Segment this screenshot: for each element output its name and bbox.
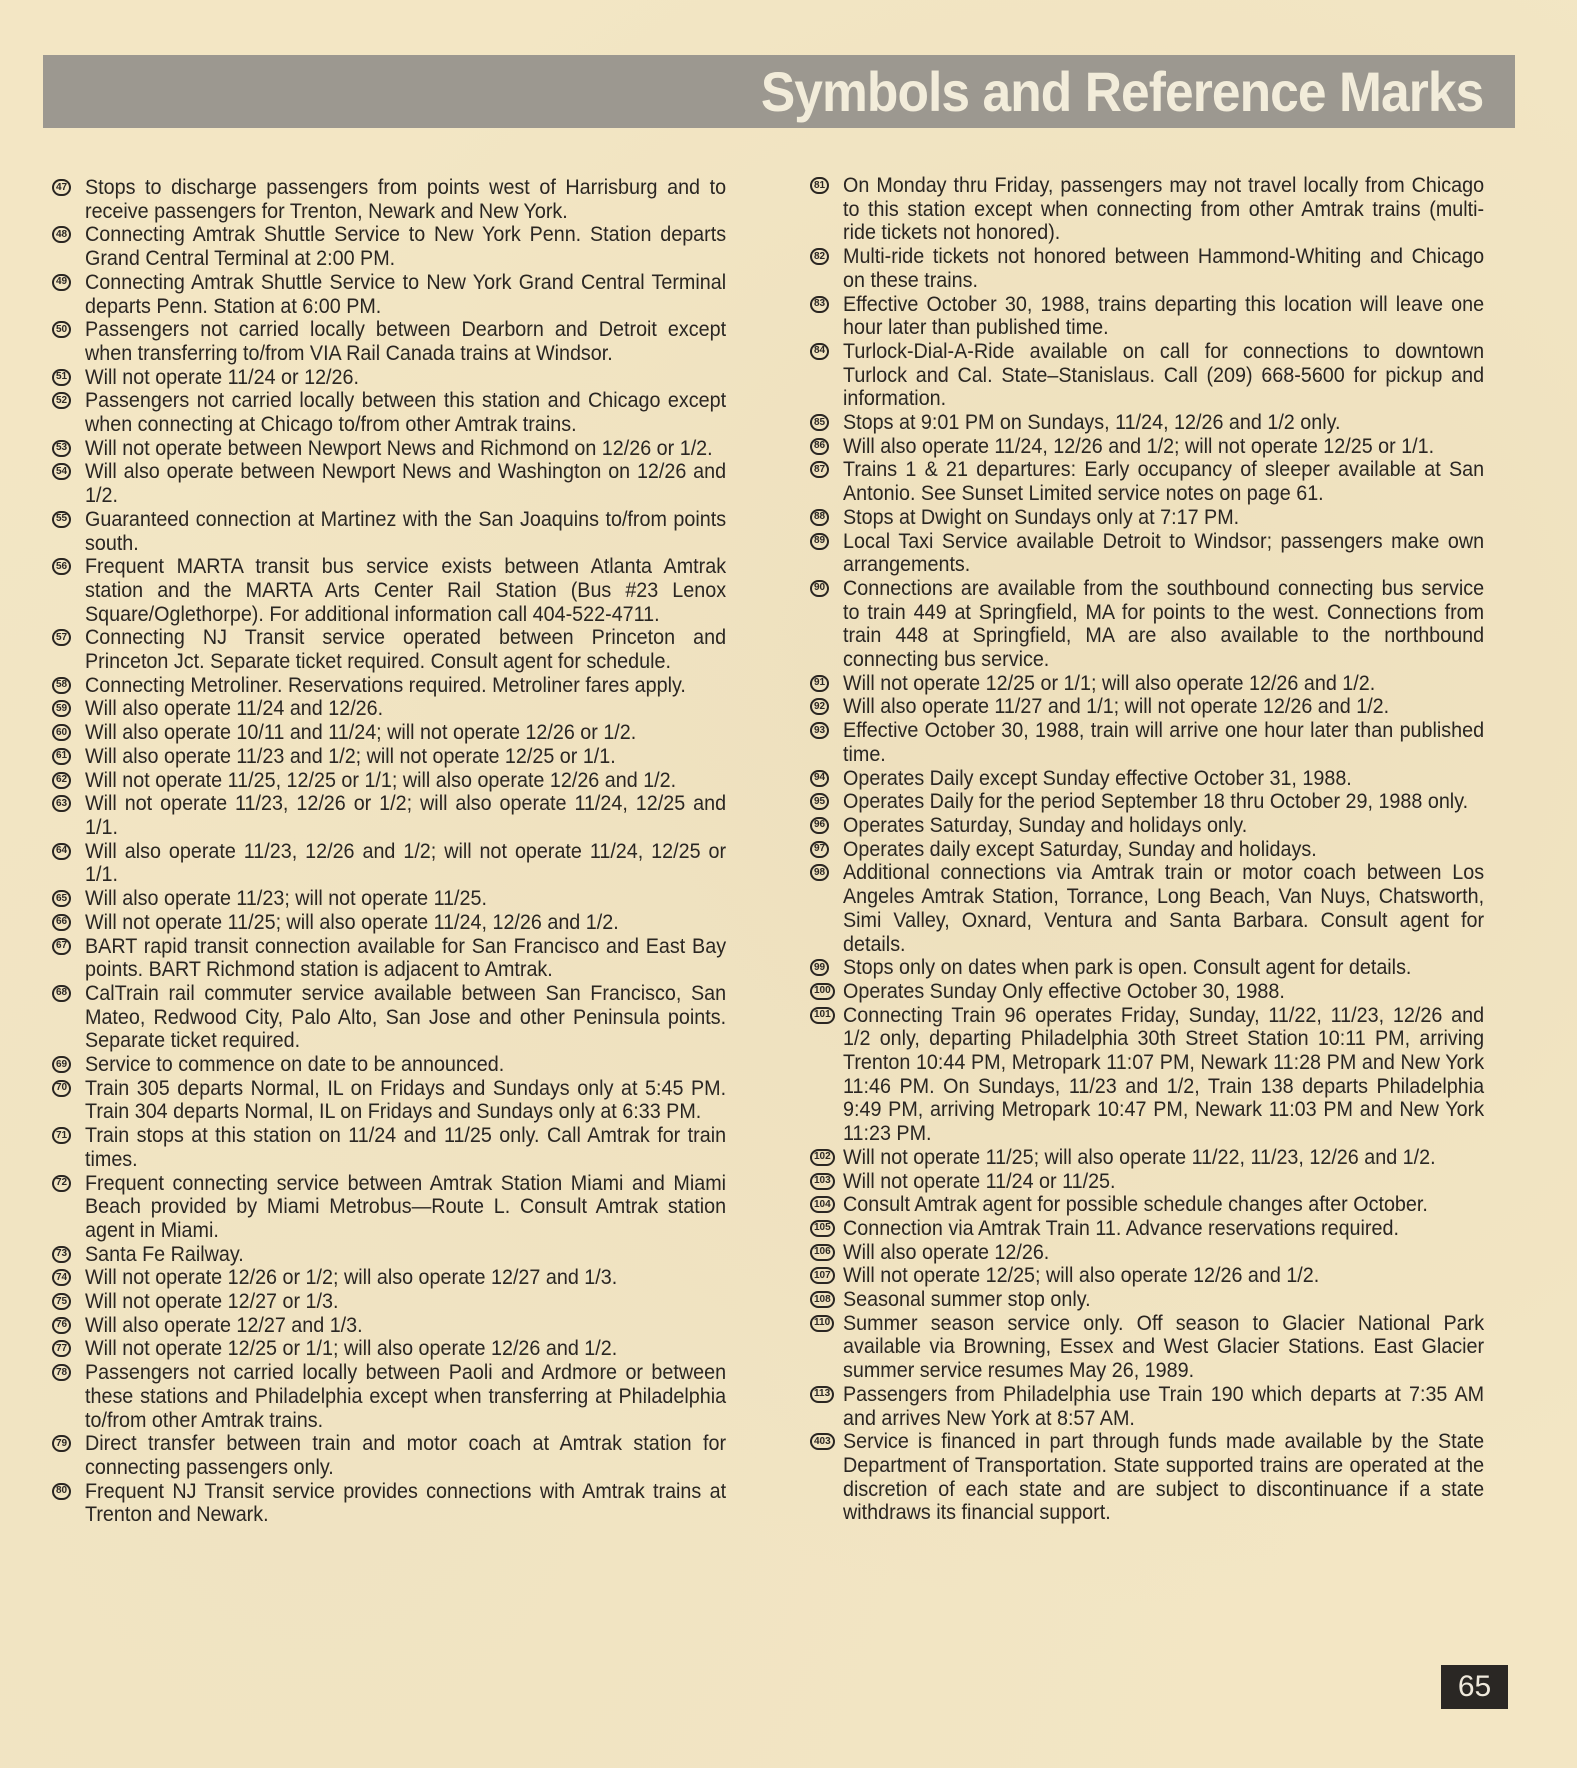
reference-note: 81 On Monday thru Friday, passengers may… — [810, 174, 1525, 245]
note-text: Consult Amtrak agent for possible schedu… — [843, 1193, 1484, 1217]
note-text: Seasonal summer stop only. — [843, 1288, 1484, 1312]
reference-note: 51 Will not operate 11/24 or 12/26. — [52, 366, 767, 390]
note-text: Connections are available from the south… — [843, 577, 1484, 672]
circled-number-icon: 47 — [52, 179, 71, 196]
reference-note: 80 Frequent NJ Transit service provides … — [52, 1480, 767, 1527]
reference-note: 92 Will also operate 11/27 and 1/1; will… — [810, 695, 1525, 719]
reference-note: 67 BART rapid transit connection availab… — [52, 935, 767, 982]
reference-note: 85 Stops at 9:01 PM on Sundays, 11/24, 1… — [810, 411, 1525, 435]
reference-note: 72 Frequent connecting service between A… — [52, 1172, 767, 1243]
circled-number-icon: 101 — [810, 1007, 835, 1024]
note-text: Will also operate 11/24, 12/26 and 1/2; … — [843, 435, 1484, 459]
reference-note: 108 Seasonal summer stop only. — [810, 1288, 1525, 1312]
note-text: Summer season service only. Off season t… — [843, 1312, 1484, 1383]
note-text: Turlock-Dial-A-Ride available on call fo… — [843, 340, 1484, 411]
circled-number-icon: 105 — [810, 1220, 835, 1237]
note-text: Will not operate 11/25, 12/25 or 1/1; wi… — [85, 769, 726, 793]
reference-note: 49 Connecting Amtrak Shuttle Service to … — [52, 271, 767, 318]
note-text: Will also operate 11/23; will not operat… — [85, 887, 726, 911]
circled-number-icon: 82 — [810, 248, 829, 265]
circled-number-icon: 51 — [52, 369, 71, 386]
circled-number-icon: 78 — [52, 1364, 71, 1381]
circled-number-icon: 89 — [810, 533, 829, 550]
reference-note: 113 Passengers from Philadelphia use Tra… — [810, 1383, 1525, 1430]
reference-note: 70 Train 305 departs Normal, IL on Frida… — [52, 1077, 767, 1124]
title-banner: Symbols and Reference Marks — [43, 55, 1515, 128]
note-text: Stops at 9:01 PM on Sundays, 11/24, 12/2… — [843, 411, 1484, 435]
circled-number-icon: 87 — [810, 461, 829, 478]
reference-note: 82 Multi-ride tickets not honored betwee… — [810, 245, 1525, 292]
note-text: Direct transfer between train and motor … — [85, 1432, 726, 1479]
circled-number-icon: 74 — [52, 1269, 71, 1286]
circled-number-icon: 106 — [810, 1244, 835, 1261]
reference-note: 62 Will not operate 11/25, 12/25 or 1/1;… — [52, 769, 767, 793]
circled-number-icon: 104 — [810, 1196, 835, 1213]
note-text: Effective October 30, 1988, trains depar… — [843, 293, 1484, 340]
reference-note: 61 Will also operate 11/23 and 1/2; will… — [52, 745, 767, 769]
circled-number-icon: 67 — [52, 938, 71, 955]
reference-note: 100 Operates Sunday Only effective Octob… — [810, 980, 1525, 1004]
note-text: Passengers not carried locally between D… — [85, 318, 726, 365]
reference-note: 47 Stops to discharge passengers from po… — [52, 176, 767, 223]
circled-number-icon: 99 — [810, 959, 829, 976]
reference-note: 71 Train stops at this station on 11/24 … — [52, 1124, 767, 1171]
reference-note: 79 Direct transfer between train and mot… — [52, 1432, 767, 1479]
note-text: Will also operate 10/11 and 11/24; will … — [85, 721, 726, 745]
note-text: Train stops at this station on 11/24 and… — [85, 1124, 726, 1171]
reference-note: 63 Will not operate 11/23, 12/26 or 1/2;… — [52, 792, 767, 839]
reference-note: 59 Will also operate 11/24 and 12/26. — [52, 697, 767, 721]
reference-note: 68 CalTrain rail commuter service availa… — [52, 982, 767, 1053]
circled-number-icon: 81 — [810, 177, 829, 194]
circled-number-icon: 70 — [52, 1080, 71, 1097]
circled-number-icon: 98 — [810, 864, 829, 881]
note-text: Guaranteed connection at Martinez with t… — [85, 508, 726, 555]
circled-number-icon: 50 — [52, 321, 71, 338]
reference-note: 53 Will not operate between Newport News… — [52, 437, 767, 461]
note-text: Multi-ride tickets not honored between H… — [843, 245, 1484, 292]
note-text: Will not operate 11/25; will also operat… — [843, 1146, 1484, 1170]
page-number-badge: 65 — [1441, 1665, 1508, 1709]
page-title: Symbols and Reference Marks — [760, 64, 1483, 120]
note-text: Connecting Amtrak Shuttle Service to New… — [85, 223, 726, 270]
reference-note: 102 Will not operate 11/25; will also op… — [810, 1146, 1525, 1170]
circled-number-icon: 69 — [52, 1056, 71, 1073]
note-text: Will also operate 11/23, 12/26 and 1/2; … — [85, 840, 726, 887]
circled-number-icon: 90 — [810, 580, 829, 597]
circled-number-icon: 71 — [52, 1127, 71, 1144]
note-text: Connecting Train 96 operates Friday, Sun… — [843, 1004, 1484, 1146]
note-text: Frequent MARTA transit bus service exist… — [85, 555, 726, 626]
circled-number-icon: 60 — [52, 724, 71, 741]
circled-number-icon: 58 — [52, 677, 71, 694]
circled-number-icon: 52 — [52, 392, 71, 409]
note-text: Will also operate 11/24 and 12/26. — [85, 697, 726, 721]
circled-number-icon: 56 — [52, 558, 71, 575]
circled-number-icon: 49 — [52, 274, 71, 291]
circled-number-icon: 63 — [52, 795, 71, 812]
circled-number-icon: 97 — [810, 841, 829, 858]
note-text: Will not operate between Newport News an… — [85, 437, 726, 461]
reference-note: 91 Will not operate 12/25 or 1/1; will a… — [810, 672, 1525, 696]
reference-note: 73 Santa Fe Railway. — [52, 1243, 767, 1267]
notes-column-right: 81 On Monday thru Friday, passengers may… — [810, 174, 1525, 1525]
circled-number-icon: 100 — [810, 983, 835, 1000]
reference-note: 105 Connection via Amtrak Train 11. Adva… — [810, 1217, 1525, 1241]
note-text: Passengers not carried locally between P… — [85, 1361, 726, 1432]
reference-note: 64 Will also operate 11/23, 12/26 and 1/… — [52, 840, 767, 887]
note-text: Stops only on dates when park is open. C… — [843, 956, 1484, 980]
note-text: Connection via Amtrak Train 11. Advance … — [843, 1217, 1484, 1241]
note-text: Santa Fe Railway. — [85, 1243, 726, 1267]
circled-number-icon: 65 — [52, 890, 71, 907]
circled-number-icon: 73 — [52, 1246, 71, 1263]
reference-note: 65 Will also operate 11/23; will not ope… — [52, 887, 767, 911]
circled-number-icon: 96 — [810, 817, 829, 834]
note-text: Service is financed in part through fund… — [843, 1430, 1484, 1525]
circled-number-icon: 102 — [810, 1149, 835, 1166]
note-text: Connecting Amtrak Shuttle Service to New… — [85, 271, 726, 318]
reference-note: 76 Will also operate 12/27 and 1/3. — [52, 1314, 767, 1338]
reference-note: 86 Will also operate 11/24, 12/26 and 1/… — [810, 435, 1525, 459]
reference-note: 107 Will not operate 12/25; will also op… — [810, 1264, 1525, 1288]
note-text: Effective October 30, 1988, train will a… — [843, 719, 1484, 766]
note-text: Will not operate 11/23, 12/26 or 1/2; wi… — [85, 792, 726, 839]
circled-number-icon: 113 — [810, 1386, 834, 1403]
note-text: Passengers from Philadelphia use Train 1… — [843, 1383, 1484, 1430]
reference-note: 56 Frequent MARTA transit bus service ex… — [52, 555, 767, 626]
reference-note: 83 Effective October 30, 1988, trains de… — [810, 293, 1525, 340]
circled-number-icon: 53 — [52, 440, 71, 457]
reference-note: 48 Connecting Amtrak Shuttle Service to … — [52, 223, 767, 270]
reference-note: 55 Guaranteed connection at Martinez wit… — [52, 508, 767, 555]
reference-note: 77 Will not operate 12/25 or 1/1; will a… — [52, 1337, 767, 1361]
reference-note: 60 Will also operate 10/11 and 11/24; wi… — [52, 721, 767, 745]
circled-number-icon: 55 — [52, 511, 71, 528]
reference-note: 57 Connecting NJ Transit service operate… — [52, 626, 767, 673]
note-text: Operates Daily for the period September … — [843, 790, 1484, 814]
circled-number-icon: 72 — [52, 1175, 71, 1192]
note-text: Trains 1 & 21 departures: Early occupanc… — [843, 458, 1484, 505]
circled-number-icon: 48 — [52, 226, 71, 243]
reference-note: 84 Turlock-Dial-A-Ride available on call… — [810, 340, 1525, 411]
circled-number-icon: 95 — [810, 793, 829, 810]
circled-number-icon: 68 — [52, 985, 71, 1002]
reference-note: 94 Operates Daily except Sunday effectiv… — [810, 767, 1525, 791]
circled-number-icon: 61 — [52, 748, 71, 765]
reference-note: 52 Passengers not carried locally betwee… — [52, 389, 767, 436]
circled-number-icon: 66 — [52, 914, 71, 931]
reference-note: 75 Will not operate 12/27 or 1/3. — [52, 1290, 767, 1314]
circled-number-icon: 76 — [52, 1317, 71, 1334]
note-text: Will not operate 12/26 or 1/2; will also… — [85, 1266, 726, 1290]
reference-note: 89 Local Taxi Service available Detroit … — [810, 530, 1525, 577]
reference-note: 87 Trains 1 & 21 departures: Early occup… — [810, 458, 1525, 505]
circled-number-icon: 84 — [810, 343, 829, 360]
reference-note: 93 Effective October 30, 1988, train wil… — [810, 719, 1525, 766]
circled-number-icon: 403 — [810, 1433, 835, 1450]
note-text: Service to commence on date to be announ… — [85, 1053, 726, 1077]
note-text: Will also operate 12/26. — [843, 1241, 1484, 1265]
circled-number-icon: 77 — [52, 1340, 71, 1357]
note-text: Train 305 departs Normal, IL on Fridays … — [85, 1077, 726, 1124]
note-text: Will also operate 11/27 and 1/1; will no… — [843, 695, 1484, 719]
reference-note: 99 Stops only on dates when park is open… — [810, 956, 1525, 980]
circled-number-icon: 108 — [810, 1291, 835, 1308]
note-text: Frequent NJ Transit service provides con… — [85, 1480, 726, 1527]
note-text: BART rapid transit connection available … — [85, 935, 726, 982]
note-text: Local Taxi Service available Detroit to … — [843, 530, 1484, 577]
reference-note: 69 Service to commence on date to be ann… — [52, 1053, 767, 1077]
circled-number-icon: 75 — [52, 1293, 71, 1310]
note-text: On Monday thru Friday, passengers may no… — [843, 174, 1484, 245]
note-text: Will not operate 12/25 or 1/1; will also… — [843, 672, 1484, 696]
note-text: Will also operate 12/27 and 1/3. — [85, 1314, 726, 1338]
reference-note: 66 Will not operate 11/25; will also ope… — [52, 911, 767, 935]
note-text: Connecting Metroliner. Reservations requ… — [85, 674, 726, 698]
circled-number-icon: 62 — [52, 772, 71, 789]
reference-note: 54 Will also operate between Newport New… — [52, 460, 767, 507]
circled-number-icon: 64 — [52, 843, 71, 860]
circled-number-icon: 88 — [810, 509, 829, 526]
note-text: Stops at Dwight on Sundays only at 7:17 … — [843, 506, 1484, 530]
reference-note: 88 Stops at Dwight on Sundays only at 7:… — [810, 506, 1525, 530]
circled-number-icon: 79 — [52, 1435, 71, 1452]
note-text: Will also operate between Newport News a… — [85, 460, 726, 507]
circled-number-icon: 85 — [810, 414, 829, 431]
circled-number-icon: 103 — [810, 1173, 835, 1190]
note-text: Will not operate 11/25; will also operat… — [85, 911, 726, 935]
note-text: Frequent connecting service between Amtr… — [85, 1172, 726, 1243]
note-text: Operates Saturday, Sunday and holidays o… — [843, 814, 1484, 838]
reference-note: 97 Operates daily except Saturday, Sunda… — [810, 838, 1525, 862]
reference-note: 403 Service is financed in part through … — [810, 1430, 1525, 1525]
note-text: Stops to discharge passengers from point… — [85, 176, 726, 223]
note-text: Will not operate 12/25; will also operat… — [843, 1264, 1484, 1288]
circled-number-icon: 93 — [810, 722, 829, 739]
note-text: Will also operate 11/23 and 1/2; will no… — [85, 745, 726, 769]
note-text: Will not operate 12/27 or 1/3. — [85, 1290, 726, 1314]
reference-note: 103 Will not operate 11/24 or 11/25. — [810, 1170, 1525, 1194]
note-text: Passengers not carried locally between t… — [85, 389, 726, 436]
circled-number-icon: 92 — [810, 698, 829, 715]
circled-number-icon: 94 — [810, 770, 829, 787]
note-text: Will not operate 11/24 or 11/25. — [843, 1170, 1484, 1194]
reference-note: 58 Connecting Metroliner. Reservations r… — [52, 674, 767, 698]
reference-note: 95 Operates Daily for the period Septemb… — [810, 790, 1525, 814]
reference-note: 101 Connecting Train 96 operates Friday,… — [810, 1004, 1525, 1146]
circled-number-icon: 80 — [52, 1483, 71, 1500]
reference-note: 98 Additional connections via Amtrak tra… — [810, 861, 1525, 956]
reference-note: 96 Operates Saturday, Sunday and holiday… — [810, 814, 1525, 838]
reference-note: 110 Summer season service only. Off seas… — [810, 1312, 1525, 1383]
circled-number-icon: 86 — [810, 438, 829, 455]
reference-note: 78 Passengers not carried locally betwee… — [52, 1361, 767, 1432]
note-text: CalTrain rail commuter service available… — [85, 982, 726, 1053]
note-text: Operates Daily except Sunday effective O… — [843, 767, 1484, 791]
circled-number-icon: 59 — [52, 700, 71, 717]
circled-number-icon: 110 — [810, 1315, 834, 1332]
reference-note: 104 Consult Amtrak agent for possible sc… — [810, 1193, 1525, 1217]
reference-note: 50 Passengers not carried locally betwee… — [52, 318, 767, 365]
notes-column-left: 47 Stops to discharge passengers from po… — [52, 176, 767, 1527]
reference-note: 74 Will not operate 12/26 or 1/2; will a… — [52, 1266, 767, 1290]
reference-note: 90 Connections are available from the so… — [810, 577, 1525, 672]
reference-note: 106 Will also operate 12/26. — [810, 1241, 1525, 1265]
circled-number-icon: 54 — [52, 463, 71, 480]
note-text: Additional connections via Amtrak train … — [843, 861, 1484, 956]
circled-number-icon: 107 — [810, 1267, 835, 1284]
note-text: Operates daily except Saturday, Sunday a… — [843, 838, 1484, 862]
circled-number-icon: 83 — [810, 296, 829, 313]
note-text: Will not operate 11/24 or 12/26. — [85, 366, 726, 390]
circled-number-icon: 91 — [810, 675, 829, 692]
circled-number-icon: 57 — [52, 629, 71, 646]
note-text: Will not operate 12/25 or 1/1; will also… — [85, 1337, 726, 1361]
note-text: Connecting NJ Transit service operated b… — [85, 626, 726, 673]
note-text: Operates Sunday Only effective October 3… — [843, 980, 1484, 1004]
